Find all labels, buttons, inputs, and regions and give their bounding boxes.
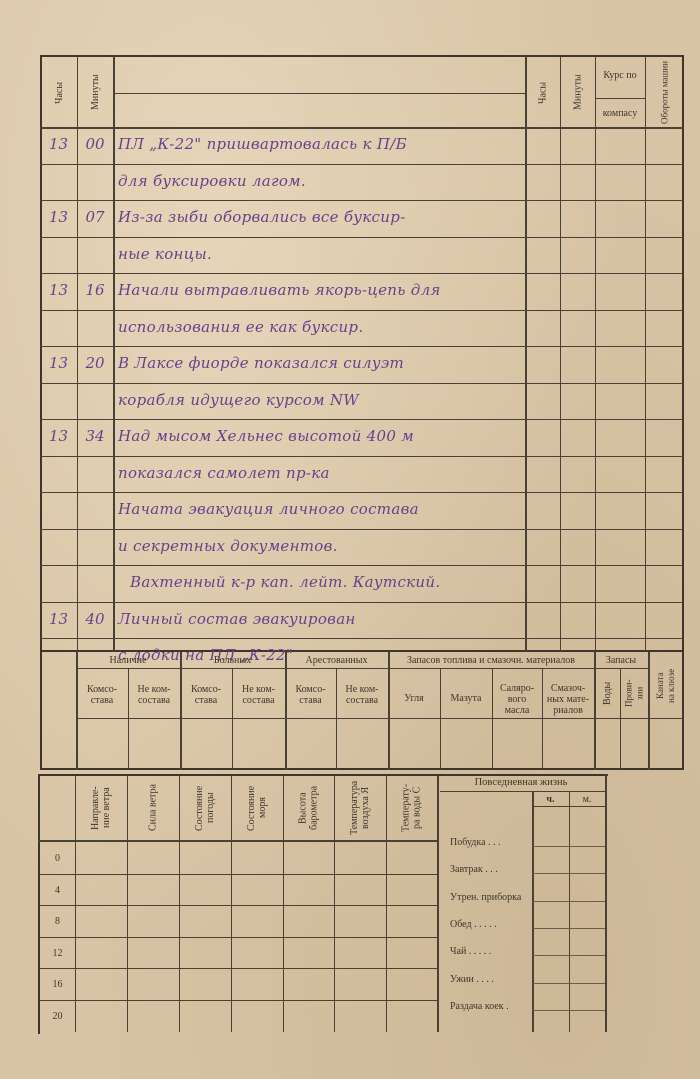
col-divider [532, 791, 534, 1032]
entry-minutes: 00 [77, 135, 113, 153]
col-divider [75, 776, 76, 1032]
daily-row-line [533, 955, 605, 956]
entry-text-line: для буксировки лагом. [118, 172, 306, 190]
weather-column-label: Температу- ра воды С [388, 778, 435, 838]
entry-minutes: 20 [77, 354, 113, 372]
entry-hours: 13 [40, 135, 77, 153]
weather-hour-label: 8 [40, 916, 75, 927]
fuel-subcol-label: Угля [388, 693, 440, 704]
col-divider [231, 776, 232, 1032]
weather-column-label: Высота барометра [285, 778, 332, 838]
weather-header-line [38, 840, 437, 842]
entry-minutes: 07 [77, 208, 113, 226]
daily-row-line [533, 873, 605, 874]
entry-text-line: Начата эвакуация личного состава [118, 500, 419, 518]
daily-life-item: Утрен. приборка [450, 892, 534, 903]
row-line [40, 346, 684, 347]
entry-text-line: Вахтенный к-р кап. лейт. Каутский. [130, 573, 440, 591]
log-header-inner-line [113, 93, 525, 94]
group-header-line [76, 668, 648, 669]
entry-text-line: показался самолет пр-ка [118, 464, 330, 482]
subcol-label: Не ком- состава [128, 684, 180, 706]
daily-life-item: Побудка . . . [450, 837, 534, 848]
fuel-subcol-label: Саляро- вого масла [492, 683, 542, 716]
col-divider [127, 776, 128, 1032]
weather-column-label: Температура воздуха Я [336, 778, 384, 838]
row-line [40, 419, 684, 420]
weather-row-line [40, 937, 437, 938]
header-hours-left: Часы [42, 60, 77, 125]
weather-row-line [40, 968, 437, 969]
entry-hours: 13 [40, 354, 77, 372]
entry-text-line: Над мысом Хельнес высотой 400 м [118, 427, 414, 445]
entry-text-line: ные концы. [118, 245, 212, 263]
entry-minutes: 34 [77, 427, 113, 445]
weather-column-label: Сила ветра [129, 778, 177, 838]
col-divider [388, 652, 390, 770]
row-line [40, 638, 684, 639]
entry-hours: 13 [40, 610, 77, 628]
entry-minutes: 40 [77, 610, 113, 628]
col-divider [437, 776, 439, 1032]
weather-hour-label: 20 [40, 1011, 75, 1022]
col-divider [180, 652, 182, 770]
col-divider [645, 55, 646, 652]
daily-life-item: Раздача коек . [450, 1001, 534, 1012]
daily-life-title: Повседневная жизнь [437, 777, 605, 788]
header-engine-revs: Обороты машин [646, 60, 684, 125]
entry-hours: 13 [40, 281, 77, 299]
entry-hours: 13 [40, 427, 77, 445]
entry-text-line: Из-за зыби оборвались все буксир- [118, 208, 405, 226]
fuel-group-label: Запасов топлива и смазочн. материалов [388, 655, 594, 666]
group-label: Арестованных [285, 655, 388, 666]
col-divider [440, 668, 441, 770]
col-divider [179, 776, 180, 1032]
row-line [40, 310, 684, 311]
weather-column-label: Состояние моря [233, 778, 281, 838]
entry-text-line: В Лаксе фиорде показался силуэт [118, 354, 404, 372]
header-course-bottom: компасу [595, 108, 645, 119]
group-label: Больных [180, 655, 285, 666]
row-line [40, 565, 684, 566]
entry-text-line: Начали вытравливать якорь-цепь для [118, 281, 441, 299]
supplies-group-label: Запасы [594, 655, 648, 666]
row-line [40, 383, 684, 384]
row-line [40, 492, 684, 493]
weather-column-label: Состояние погоды [181, 778, 229, 838]
entry-text-line: корабля идущего курсом NW [118, 391, 359, 409]
col-divider [76, 652, 78, 770]
weather-row-line [40, 874, 437, 875]
row-line [40, 200, 684, 201]
daily-title-line [440, 791, 605, 792]
daily-life-item: Ужин . . . . [450, 974, 534, 985]
daily-row-line [533, 1010, 605, 1011]
daily-col-hours: ч. [532, 794, 569, 805]
header-course-top: Курс по [595, 70, 645, 81]
weather-column-label: Направле- ние ветра [77, 778, 125, 838]
daily-life-item: Чай . . . . . [450, 946, 534, 957]
row-line [40, 456, 684, 457]
subcol-label: Комсо- става [285, 684, 336, 706]
col-divider [595, 55, 596, 652]
daily-row-line [533, 846, 605, 847]
row-line [40, 164, 684, 165]
col-divider [560, 55, 561, 652]
col-divider [525, 55, 527, 652]
entry-minutes: 16 [77, 281, 113, 299]
col-divider [334, 776, 335, 1032]
col-divider [113, 55, 115, 652]
col-divider [283, 776, 284, 1032]
supplies-subcol-label: Воды [595, 670, 620, 717]
row-line [40, 529, 684, 530]
weather-hour-label: 12 [40, 948, 75, 959]
anchor-chain-label: Каната на клюзе [650, 655, 682, 717]
entry-text-line: Личный состав эвакуирован [118, 610, 356, 628]
daily-col-minutes: м. [569, 794, 605, 805]
weather-row-line [40, 905, 437, 906]
log-header-divider [40, 127, 684, 129]
supplies-subcol-label: Прови- зии [621, 670, 648, 717]
weather-hour-label: 4 [40, 885, 75, 896]
fuel-subcol-label: Смазоч- ных мате- риалов [542, 683, 594, 716]
subcol-label: Не ком- состава [336, 684, 388, 706]
daily-subheader-line [533, 806, 605, 807]
daily-right-border [605, 774, 607, 1032]
daily-life-item: Завтрак . . . [450, 864, 534, 875]
weather-hour-label: 16 [40, 979, 75, 990]
course-header-split [595, 98, 645, 99]
col-divider [569, 791, 570, 1032]
subcol-label: Комсо- става [76, 684, 128, 706]
header-hours-right: Часы [526, 60, 560, 125]
subheader-line [76, 718, 684, 719]
subcol-label: Не ком- состава [232, 684, 285, 706]
weather-row-line [40, 1000, 437, 1001]
entry-text-line: ПЛ „К-22" пришвартовалась к П/Б [118, 135, 407, 153]
daily-row-line [533, 901, 605, 902]
entry-hours: 13 [40, 208, 77, 226]
row-line [40, 237, 684, 238]
row-line [40, 273, 684, 274]
entry-text-line: использования ее как буксир. [118, 318, 363, 336]
fuel-subcol-label: Мазута [440, 693, 492, 704]
weather-hour-label: 0 [40, 853, 75, 864]
col-divider [386, 776, 387, 1032]
daily-life-item: Обед . . . . . [450, 919, 534, 930]
header-minutes-right: Минуты [561, 60, 595, 125]
header-minutes-left: Минуты [78, 60, 113, 125]
entry-text-line: и секретных документов. [118, 537, 338, 555]
group-label: Наличие [76, 655, 180, 666]
subcol-label: Комсо- става [180, 684, 232, 706]
row-line [40, 602, 684, 603]
col-divider [285, 652, 287, 770]
daily-row-line [533, 983, 605, 984]
daily-row-line [533, 928, 605, 929]
